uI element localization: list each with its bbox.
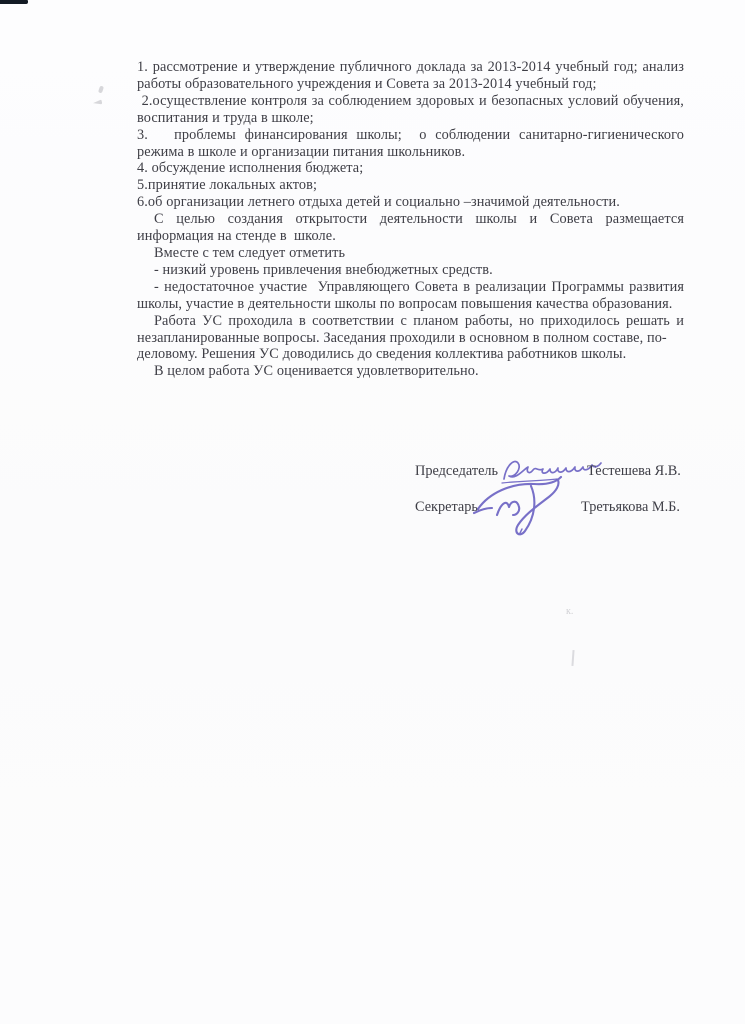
margin-speck-artifact — [93, 99, 103, 105]
document-line: 4. обсуждение исполнения бюджета; — [137, 160, 684, 177]
faint-text-artifact: к. — [566, 606, 573, 617]
document-line: 3. проблемы финансирования школы; о собл… — [137, 127, 684, 144]
document-line: режима в школе и организации питания шко… — [137, 144, 684, 161]
secretary-name: Третьякова М.Б. — [581, 499, 680, 516]
document-lines: 1. рассмотрение и утверждение публичного… — [137, 59, 684, 380]
document-line: незапланированные вопросы. Заседания про… — [137, 330, 684, 347]
document-line: - низкий уровень привлечения внебюджетны… — [137, 262, 684, 279]
document-line: Вместе с тем следует отметить — [137, 245, 684, 262]
document-line: С целью создания открытости деятельности… — [137, 211, 684, 228]
document-line: Работа УС проходила в соответствии с пла… — [137, 313, 684, 330]
faint-line-artifact — [571, 650, 574, 666]
chairman-name: Тестешева Я.В. — [587, 463, 681, 480]
document-line: работы образовательного учреждения и Сов… — [137, 76, 684, 93]
secretary-role-label: Секретарь — [415, 499, 478, 516]
margin-speck-artifact — [98, 86, 104, 94]
document-line: 5.принятие локальных актов; — [137, 177, 684, 194]
document-line: 6.об организации летнего отдыха детей и … — [137, 194, 684, 211]
scan-corner-artifact — [0, 0, 28, 4]
document-line: воспитания и труда в школе; — [137, 110, 684, 127]
document-line: информация на стенде в школе. — [137, 228, 684, 245]
secretary-signature — [471, 473, 571, 543]
document-line: 2.осуществление контроля за соблюдением … — [137, 93, 684, 110]
document-line: деловому. Решения УС доводились до сведе… — [137, 346, 684, 363]
document-line: - недостаточное участие Управляющего Сов… — [137, 279, 684, 296]
scanned-document-page: 1. рассмотрение и утверждение публичного… — [0, 0, 745, 1024]
document-line: школы, участие в деятельности школы по в… — [137, 296, 684, 313]
document-line: В целом работа УС оценивается удовлетвор… — [137, 363, 684, 380]
document-line: 1. рассмотрение и утверждение публичного… — [137, 59, 684, 76]
